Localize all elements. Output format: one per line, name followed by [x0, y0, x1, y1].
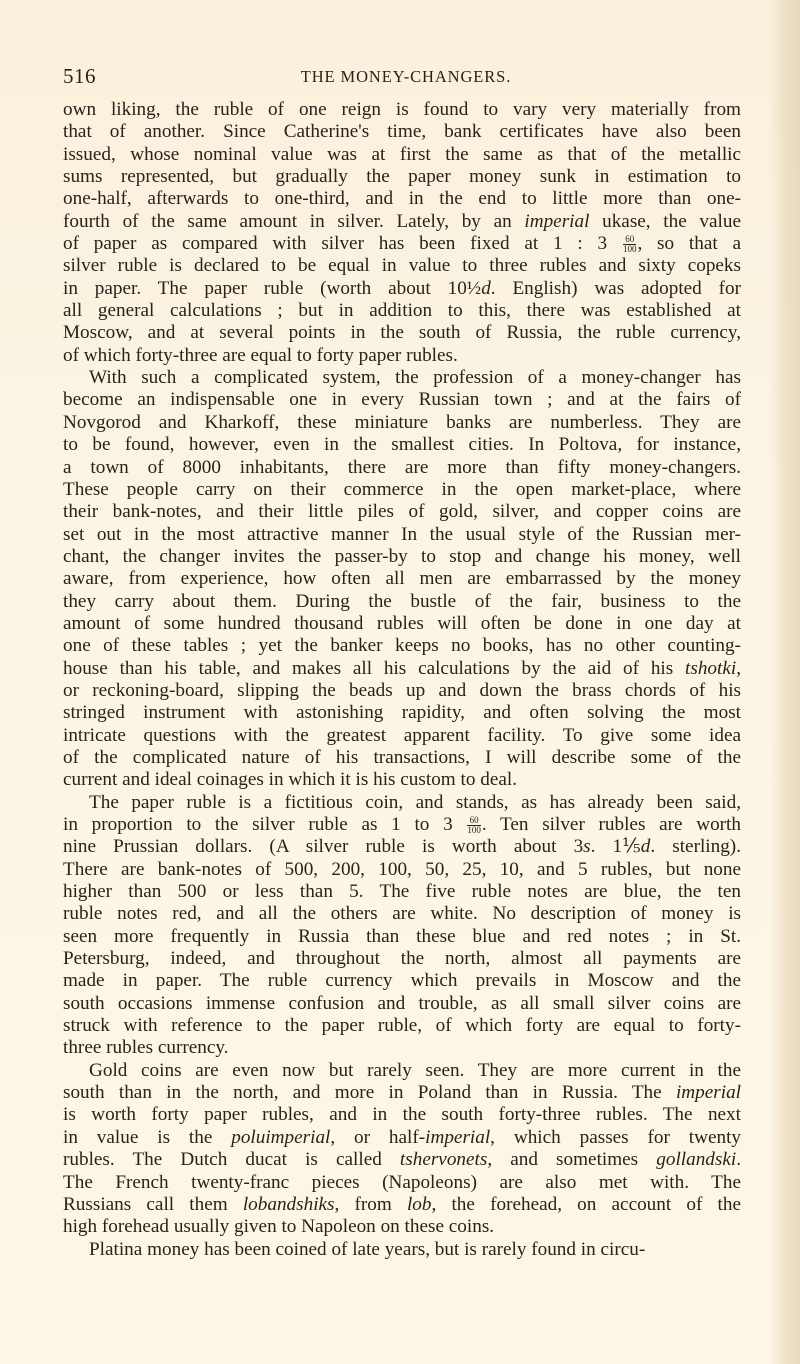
italic-term: imperial	[676, 1082, 741, 1103]
text-line: sums represented, but gradually the pape…	[63, 166, 741, 188]
text-line: in proportion to the silver ruble as 1 t…	[63, 814, 741, 836]
text-line: Moscow, and at several points in the sou…	[63, 322, 741, 344]
running-head: 516 THE MONEY-CHANGERS.	[63, 64, 741, 88]
text-line: house than his table, and makes all his …	[63, 658, 741, 680]
italic-term: poluimperial	[231, 1127, 330, 1148]
italic-term: d	[641, 836, 651, 857]
italic-term: imperial	[524, 211, 589, 232]
paragraph: With such a complicated system, the prof…	[63, 367, 741, 792]
italic-term: tshotki	[685, 658, 736, 679]
text-line: Gold coins are even now but rarely seen.…	[63, 1060, 741, 1082]
text-line: one of these tables ; yet the banker kee…	[63, 635, 741, 657]
text-line: that of another. Since Catherine's time,…	[63, 121, 741, 143]
text-line: nine Prussian dollars. (A silver ruble i…	[63, 836, 741, 858]
text-line: rubles. The Dutch ducat is called tsherv…	[63, 1149, 741, 1171]
text-line: set out in the most attractive manner In…	[63, 524, 741, 546]
text-line: ruble notes red, and all the others are …	[63, 903, 741, 925]
text-line: intricate questions with the greatest ap…	[63, 725, 741, 747]
text-line: three rubles currency.	[63, 1037, 741, 1059]
text-line: fourth of the same amount in silver. Lat…	[63, 211, 741, 233]
text-line: Petersburg, indeed, and throughout the n…	[63, 948, 741, 970]
text-line: become an indispensable one in every Rus…	[63, 389, 741, 411]
text-line: The French twenty-franc pieces (Napoleon…	[63, 1172, 741, 1194]
text-line: of the complicated nature of his transac…	[63, 747, 741, 769]
italic-term: tshervonets	[400, 1149, 487, 1170]
text-line: south than in the north, and more in Pol…	[63, 1082, 741, 1104]
text-line: With such a complicated system, the prof…	[63, 367, 741, 389]
text-line: The paper ruble is a fictitious coin, an…	[63, 792, 741, 814]
text-line: Platina money has been coined of late ye…	[63, 1239, 741, 1261]
text-line: silver ruble is declared to be equal in …	[63, 255, 741, 277]
text-line: is worth forty paper rubles, and in the …	[63, 1104, 741, 1126]
text-line: These people carry on their commerce in …	[63, 479, 741, 501]
paragraph: Gold coins are even now but rarely seen.…	[63, 1060, 741, 1239]
text-line: south occasions immense confusion and tr…	[63, 993, 741, 1015]
text-line: made in paper. The ruble currency which …	[63, 970, 741, 992]
text-line: high forehead usually given to Napoleon …	[63, 1216, 741, 1238]
text-line: own liking, the ruble of one reign is fo…	[63, 99, 741, 121]
text-line: issued, whose nominal value was at first…	[63, 144, 741, 166]
body-text: own liking, the ruble of one reign is fo…	[63, 99, 741, 1261]
text-line: to be found, however, even in the smalle…	[63, 434, 741, 456]
fraction: 60100	[467, 816, 481, 835]
text-line: There are bank-notes of 500, 200, 100, 5…	[63, 859, 741, 881]
italic-term: lobandshiks	[243, 1194, 335, 1215]
text-line: Novgorod and Kharkoff, these miniature b…	[63, 412, 741, 434]
text-line: higher than 500 or less than 5. The five…	[63, 881, 741, 903]
text-line: all general calculations ; but in additi…	[63, 300, 741, 322]
book-page: 516 THE MONEY-CHANGERS. own liking, the …	[0, 0, 800, 1364]
text-line: their bank-notes, and their little piles…	[63, 501, 741, 523]
text-line: of which forty-three are equal to forty …	[63, 345, 741, 367]
text-line: they carry about them. During the bustle…	[63, 591, 741, 613]
text-line: in paper. The paper ruble (worth about 1…	[63, 278, 741, 300]
italic-term: d	[481, 278, 491, 299]
text-line: aware, from experience, how often all me…	[63, 568, 741, 590]
text-line: Russians call them lobandshiks, from lob…	[63, 1194, 741, 1216]
paragraph: The paper ruble is a fictitious coin, an…	[63, 792, 741, 1060]
paragraph: own liking, the ruble of one reign is fo…	[63, 99, 741, 367]
text-line: or reckoning-board, slipping the beads u…	[63, 680, 741, 702]
text-line: of paper as compared with silver has bee…	[63, 233, 741, 255]
italic-term: imperial	[425, 1127, 490, 1148]
fraction: 60100	[623, 235, 637, 254]
italic-term: lob	[407, 1194, 432, 1215]
chapter-title: THE MONEY-CHANGERS.	[67, 67, 745, 87]
text-line: current and ideal coinages in which it i…	[63, 769, 741, 791]
italic-term: gollandski	[656, 1149, 736, 1170]
text-line: stringed instrument with astonishing rap…	[63, 702, 741, 724]
text-line: in value is the poluimperial, or half-im…	[63, 1127, 741, 1149]
text-line: one-half, afterwards to one-third, and i…	[63, 188, 741, 210]
paragraph: Platina money has been coined of late ye…	[63, 1239, 741, 1261]
text-line: a town of 8000 inhabitants, there are mo…	[63, 457, 741, 479]
text-line: seen more frequently in Russia than thes…	[63, 926, 741, 948]
italic-term: s	[583, 836, 590, 857]
text-line: chant, the changer invites the passer-by…	[63, 546, 741, 568]
text-line: amount of some hundred thousand rubles w…	[63, 613, 741, 635]
text-line: struck with reference to the paper ruble…	[63, 1015, 741, 1037]
